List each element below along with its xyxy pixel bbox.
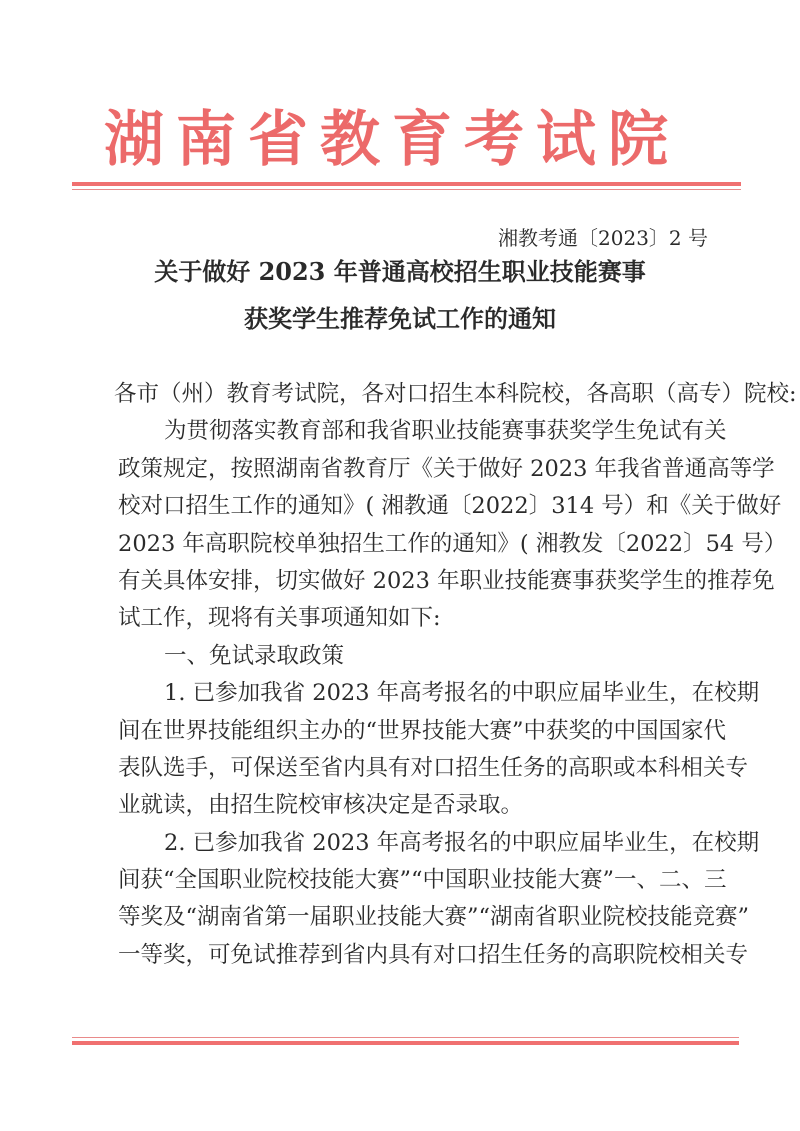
body-line: 等奖及“湖南省第一届职业技能大赛”“湖南省职业院校技能竞赛” [118,899,718,936]
body-line: 校对口招生工作的通知》( 湘教通〔2022〕314 号）和《关于做好 [118,488,718,525]
body-line: 2023 年高职院校单独招生工作的通知》( 湘教发〔2022〕54 号） [118,526,718,563]
body-line: 为贯彻落实教育部和我省职业技能赛事获奖学生免试有关 [118,413,718,450]
header-rule-thin [72,189,741,190]
section-heading: 一、免试录取政策 [118,638,718,675]
body-line: 业就读，由招生院校审核决定是否录取。 [118,787,718,824]
document-title-line-2: 获奖学生推荐免试工作的通知 [0,302,800,336]
document-number: 湘教考通〔2023〕2 号 [498,224,708,252]
body-line: 2. 已参加我省 2023 年高考报名的中职应届毕业生，在校期 [118,825,718,862]
body-line: 试工作，现将有关事项通知如下: [118,600,718,637]
body-line: 一等奖，可免试推荐到省内具有对口招生任务的高职院校相关专 [118,937,718,974]
header-rule-thick [72,182,741,186]
document-body: 各市（州）教育考试院，各对口招生本科院校，各高职（高专）院校: 为贯彻落实教育部… [118,376,718,974]
footer-rule-thick [72,1041,739,1045]
body-line: 间在世界技能组织主办的“世界技能大赛”中获奖的中国国家代 [118,713,718,750]
footer-rule-thin [72,1037,739,1038]
body-line: 间获“全国职业院校技能大赛”“中国职业技能大赛”一、二、三 [118,862,718,899]
organization-masthead: 湖南省教育考试院 [104,100,704,180]
body-line: 1. 已参加我省 2023 年高考报名的中职应届毕业生，在校期 [118,675,718,712]
document-title-line-1: 关于做好 2023 年普通高校招生职业技能赛事 [0,255,800,289]
body-line: 有关具体安排，切实做好 2023 年职业技能赛事获奖学生的推荐免 [118,563,718,600]
salutation: 各市（州）教育考试院，各对口招生本科院校，各高职（高专）院校: [114,376,718,413]
body-line: 表队选手，可保送至省内具有对口招生任务的高职或本科相关专 [118,750,718,787]
body-line: 政策规定，按照湖南省教育厅《关于做好 2023 年我省普通高等学 [118,451,718,488]
